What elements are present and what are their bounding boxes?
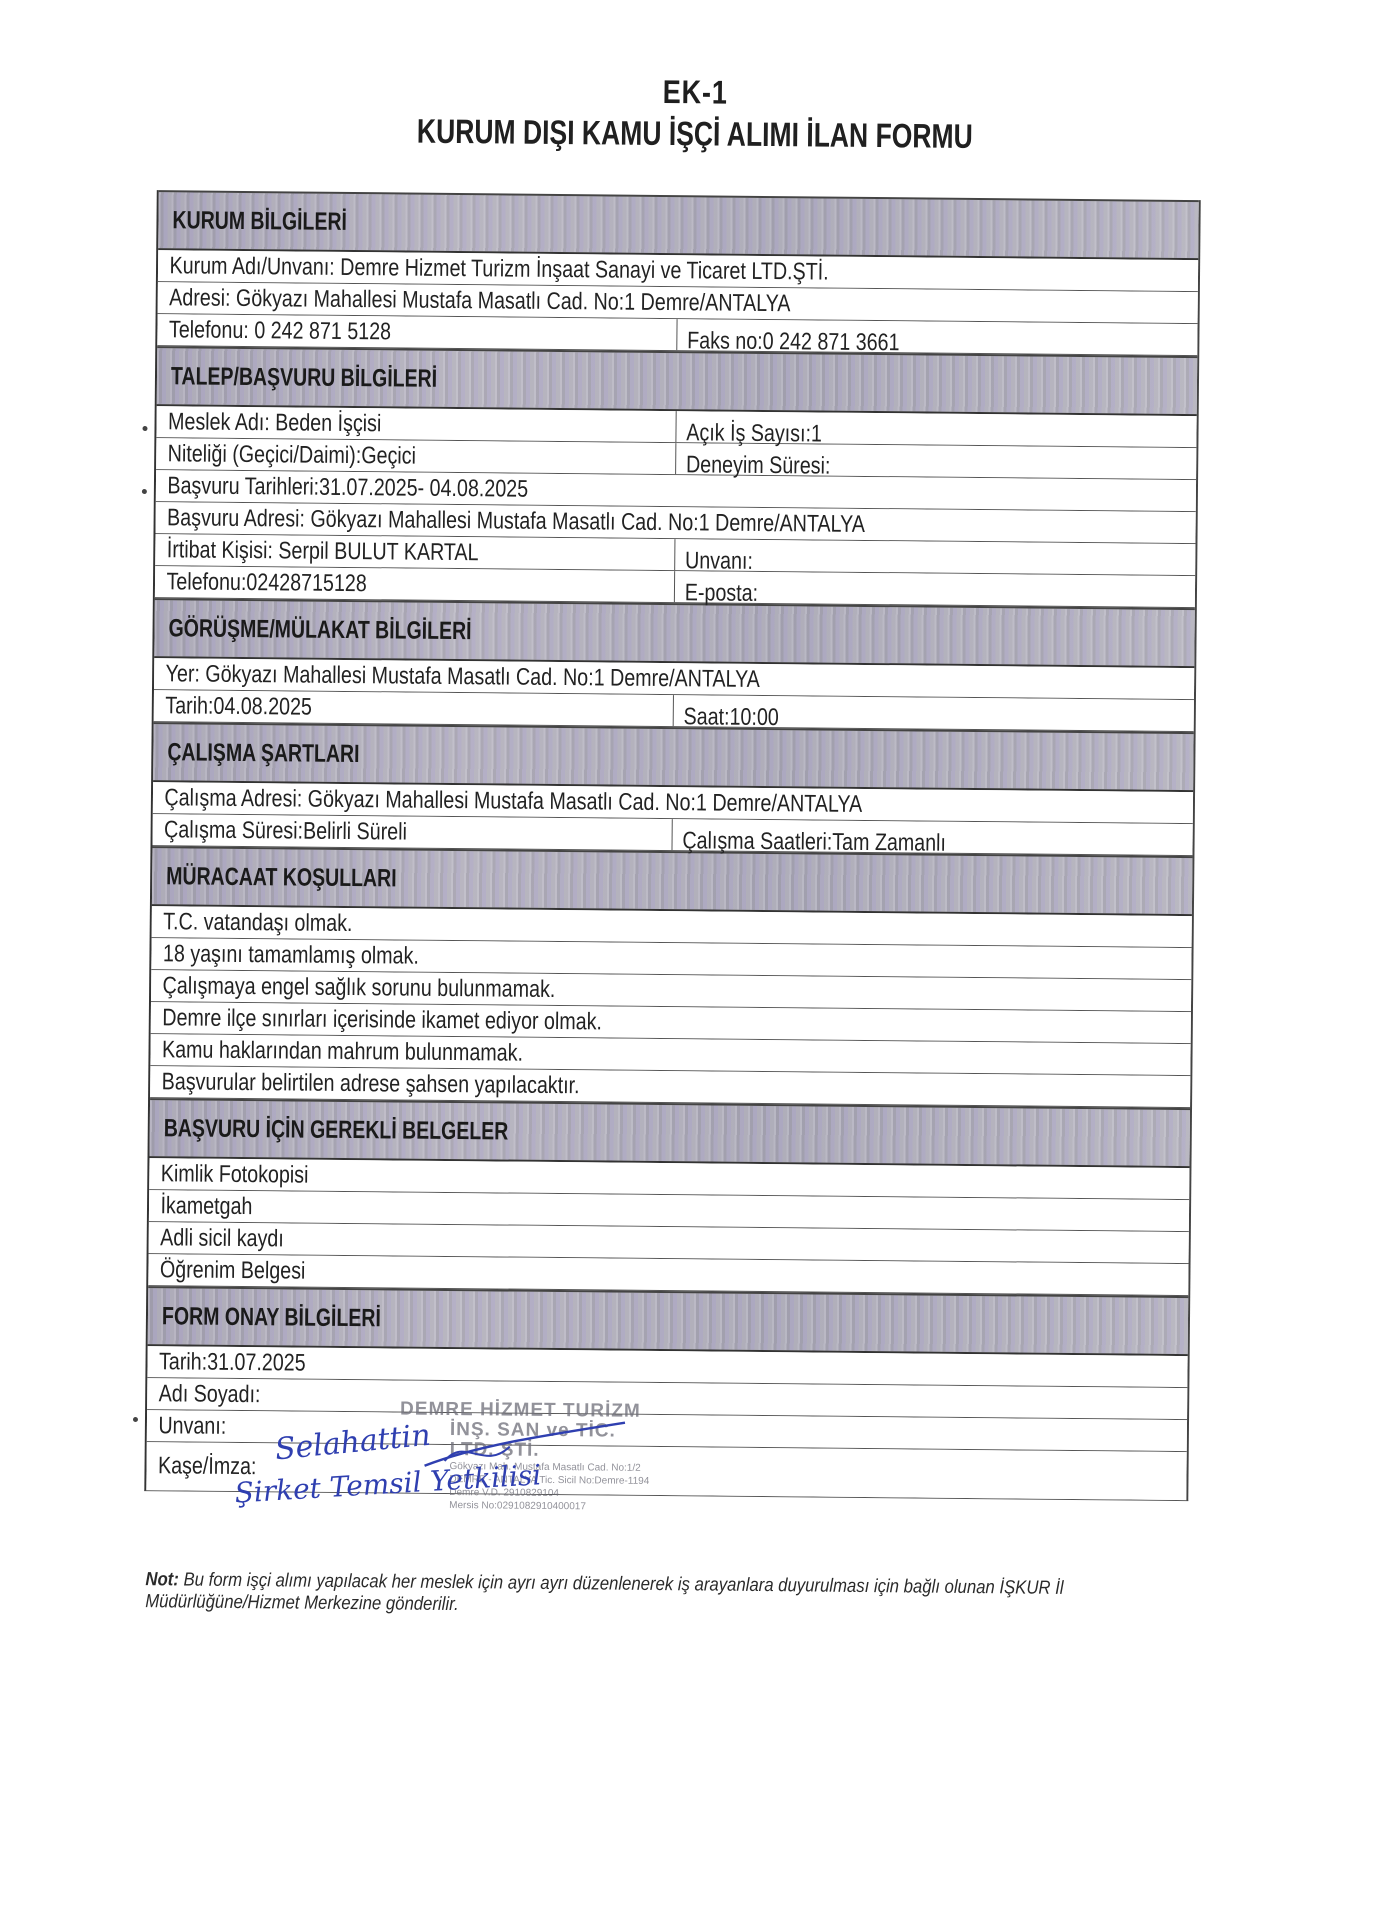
contact-email: E-posta: <box>675 577 1102 613</box>
interview-time: Saat:10:00 <box>674 701 1101 737</box>
footnote: Not: Bu form işçi alımı yapılacak her me… <box>145 1569 1069 1622</box>
institution-fax: Faks no:0 242 871 3661 <box>677 325 1104 361</box>
open-jobs-count: Açık İş Sayısı:1 <box>676 417 1103 453</box>
work-duration: Çalışma Süresi:Belirli Süreli <box>152 814 578 850</box>
document-page: EK-1 KURUM DIŞI KAMU İŞÇİ ALIMI İLAN FOR… <box>0 0 1375 1920</box>
institution-phone: Telefonu: 0 242 871 5128 <box>157 314 583 350</box>
margin-dot <box>142 426 147 431</box>
section-header-kurum: KURUM BİLGİLERİ <box>158 190 1199 260</box>
margin-dot <box>133 1417 138 1422</box>
form-title: KURUM DIŞI KAMU İŞÇİ ALIMI İLAN FORMU <box>158 107 1231 161</box>
contact-title: Unvanı: <box>675 545 1102 581</box>
section-header-onay: FORM ONAY BİLGİLERİ <box>148 1286 1189 1356</box>
job-nature: Niteliği (Geçici/Daimi):Geçici <box>156 438 582 474</box>
section-header-belgeler: BAŞVURU İÇİN GEREKLİ BELGELER <box>149 1098 1190 1168</box>
row-approval-stamp: Kaşe/İmza: <box>146 1442 1186 1500</box>
margin-dot <box>142 489 147 494</box>
title-block: EK-1 KURUM DIŞI KAMU İŞÇİ ALIMI İLAN FOR… <box>7 66 1375 163</box>
contact-person: İrtibat Kişisi: Serpil BULUT KARTAL <box>155 534 581 570</box>
announcement-form: KURUM BİLGİLERİ Kurum Adı/Unvanı: Demre … <box>144 190 1200 1501</box>
work-hours: Çalışma Saatleri:Tam Zamanlı <box>672 825 1099 861</box>
stamp-signature-label: Kaşe/İmza: <box>146 1442 999 1498</box>
occupation-name: Meslek Adı: Beden İşçisi <box>156 406 582 442</box>
contact-phone: Telefonu:02428715128 <box>155 566 581 602</box>
interview-date: Tarih:04.08.2025 <box>154 690 580 726</box>
